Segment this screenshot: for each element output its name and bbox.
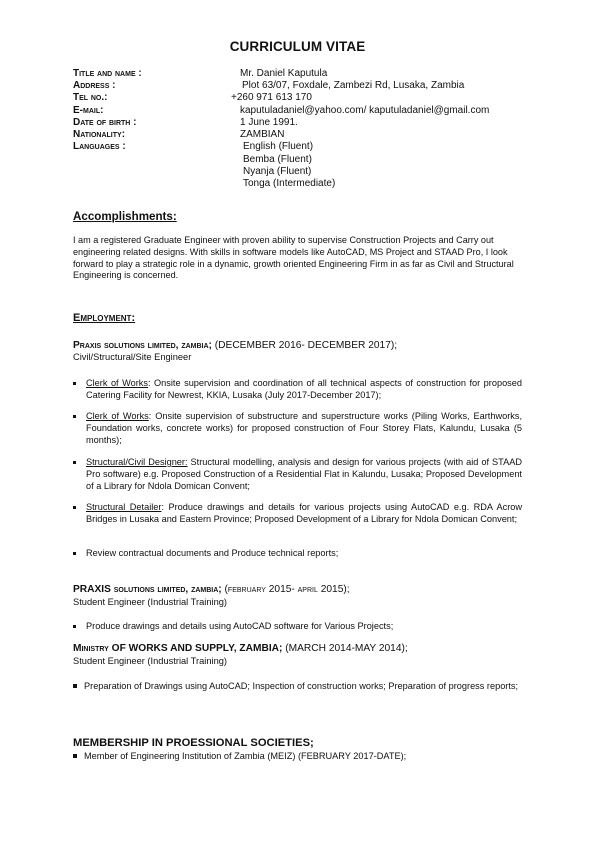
bullet-text: : Onsite supervision of substructure and… [86, 411, 522, 445]
bullet-text: Produce drawings and details using AutoC… [86, 621, 393, 631]
accomplishments-text: I am a registered Graduate Engineer with… [73, 235, 521, 282]
company-name: Praxis solutions limited, zambia; [73, 340, 212, 351]
bullet-square-icon [73, 684, 77, 688]
company-name-lead: Ministry [73, 643, 109, 654]
info-row-languages: Languages : English (Fluent) [73, 141, 543, 153]
bullet-text: Preparation of Drawings using AutoCAD; I… [84, 681, 518, 691]
language-item: Nyanja (Fluent) [243, 166, 311, 178]
membership-item: Member of Engineering Institution of Zam… [73, 750, 522, 762]
bullet-square-icon [73, 506, 76, 509]
info-value-nationality: ZAMBIAN [240, 129, 284, 141]
info-value-tel: +260 971 613 170 [231, 92, 312, 104]
job-dates: (february 2015- april 2015); [222, 584, 350, 595]
language-item: English (Fluent) [243, 141, 313, 153]
info-row-language: Tonga (Intermediate) [73, 178, 543, 190]
job-bullet: Structural Detailer: Produce drawings an… [73, 501, 522, 525]
job-dates: (DECEMBER 2016- DECEMBER 2017); [212, 340, 397, 351]
bullet-label: Clerk of Works [86, 411, 149, 421]
bullet-square-icon [73, 754, 77, 758]
info-value-address: Plot 63/07, Foxdale, Zambezi Rd, Lusaka,… [242, 80, 464, 92]
info-label: Address : [73, 80, 116, 92]
personal-info: Title and name : Mr. Daniel Kaputula Add… [73, 68, 543, 191]
bullet-square-icon [73, 382, 76, 385]
job-bullet: Review contractual documents and Produce… [73, 547, 522, 559]
company-name: solutions limited, zambia; [111, 584, 222, 595]
job-bullet: Clerk of Works: Onsite supervision and c… [73, 377, 522, 401]
bullet-square-icon [73, 415, 76, 418]
info-value-name: Mr. Daniel Kaputula [240, 68, 327, 80]
bullet-label: Structural/Civil Designer: [86, 457, 188, 467]
accomplishments-heading: Accomplishments: [73, 210, 177, 223]
job-role: Civil/Structural/Site Engineer [73, 352, 191, 362]
bullet-square-icon [73, 461, 76, 464]
bullet-text: : Onsite supervision and coordination of… [86, 378, 522, 400]
job-bullet: Clerk of Works: Onsite supervision of su… [73, 410, 522, 446]
info-label: Languages : [73, 141, 126, 153]
info-row-email: E-mail: kaputuladaniel@yahoo.com/ kaputu… [73, 105, 543, 117]
info-label: Title and name : [73, 68, 142, 80]
bullet-label: Clerk of Works [86, 378, 148, 388]
cv-page: CURRICULUM VITAE Title and name : Mr. Da… [0, 0, 595, 842]
info-value-dob: 1 June 1991. [240, 117, 298, 129]
bullet-text: Review contractual documents and Produce… [86, 548, 338, 558]
info-label: Tel no.: [73, 92, 107, 104]
job-bullet: Structural/Civil Designer: Structural mo… [73, 456, 522, 492]
job-heading: PRAXIS solutions limited, zambia; (febru… [73, 584, 350, 595]
info-row-nationality: Nationality: ZAMBIAN [73, 129, 543, 141]
info-row-language: Bemba (Fluent) [73, 154, 543, 166]
job-bullet: Preparation of Drawings using AutoCAD; I… [73, 680, 519, 692]
job-role: Student Engineer (Industrial Training) [73, 656, 227, 666]
bullet-square-icon [73, 625, 76, 628]
job-heading: Praxis solutions limited, zambia; (DECEM… [73, 340, 397, 351]
info-label: Nationality: [73, 129, 125, 141]
job-bullet: Produce drawings and details using AutoC… [73, 620, 522, 632]
company-name: OF WORKS AND SUPPLY, ZAMBIA; [109, 643, 283, 654]
language-item: Bemba (Fluent) [243, 154, 312, 166]
membership-text: Member of Engineering Institution of Zam… [84, 751, 406, 761]
job-dates: (MARCH 2014-MAY 2014); [282, 643, 407, 654]
info-label: Date of birth : [73, 117, 136, 129]
info-label: E-mail: [73, 105, 103, 117]
document-title: CURRICULUM VITAE [0, 39, 595, 54]
info-row-dob: Date of birth : 1 June 1991. [73, 117, 543, 129]
job-role: Student Engineer (Industrial Training) [73, 597, 227, 607]
info-value-email: kaputuladaniel@yahoo.com/ kaputuladaniel… [240, 105, 489, 117]
info-row-language: Nyanja (Fluent) [73, 166, 543, 178]
info-row-tel: Tel no.: +260 971 613 170 [73, 92, 543, 104]
info-row-address: Address : Plot 63/07, Foxdale, Zambezi R… [73, 80, 543, 92]
membership-heading: MEMBERSHIP IN PROESSIONAL SOCIETIES; [73, 737, 314, 749]
language-item: Tonga (Intermediate) [243, 178, 335, 190]
employment-heading: Employment: [73, 312, 135, 324]
company-name-lead: PRAXIS [73, 584, 111, 595]
bullet-square-icon [73, 552, 76, 555]
info-row-name: Title and name : Mr. Daniel Kaputula [73, 68, 543, 80]
job-heading: Ministry OF WORKS AND SUPPLY, ZAMBIA; (M… [73, 643, 408, 654]
bullet-label: Structural Detailer [86, 502, 161, 512]
